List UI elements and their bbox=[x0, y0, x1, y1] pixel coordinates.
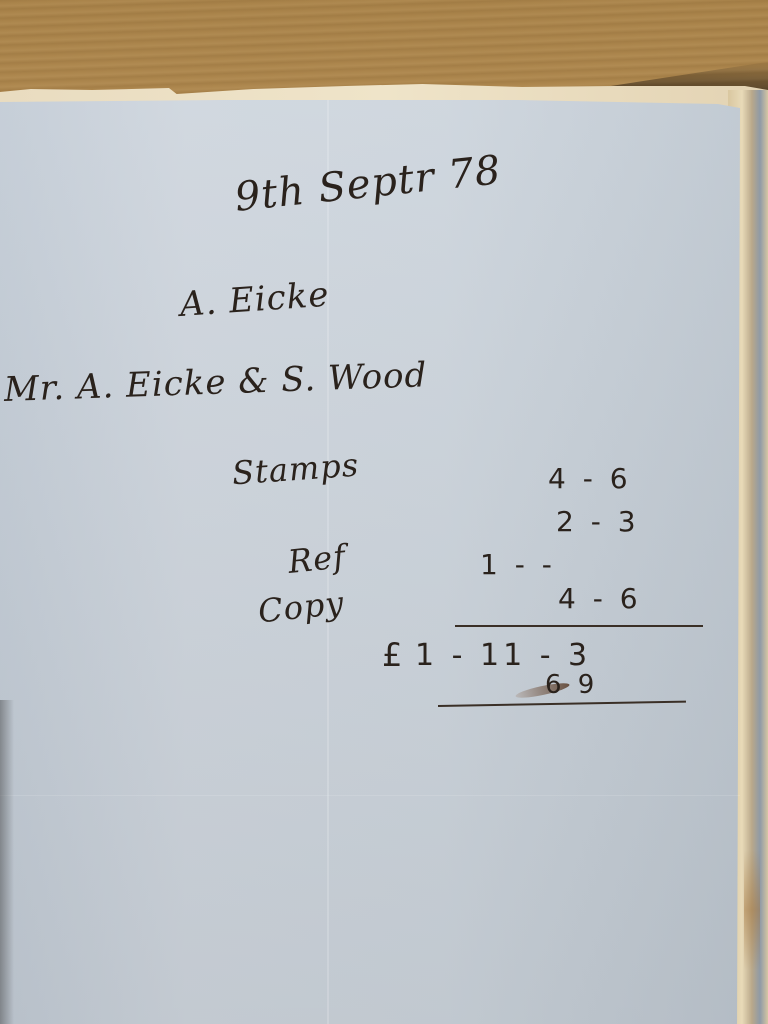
sum-rule bbox=[455, 625, 703, 627]
total-amount: 1 - 11 - 3 bbox=[415, 638, 591, 673]
fold-crease-horizontal bbox=[0, 795, 740, 796]
total-currency: £ bbox=[382, 636, 406, 674]
item-amount-2: 2 - 3 bbox=[556, 505, 640, 538]
stain bbox=[744, 850, 760, 970]
total-sub-note: 6 9 bbox=[545, 670, 598, 700]
item-amount-copy: 4 - 6 bbox=[558, 582, 642, 615]
paper-shadow bbox=[0, 700, 14, 1024]
photo-scene: 9th Septr 78 A. Eicke Mr. A. Eicke & S. … bbox=[0, 0, 768, 1024]
document-paper bbox=[0, 100, 740, 1024]
item-amount-stamps: 4 - 6 bbox=[548, 462, 632, 495]
item-amount-ref: 1 - - bbox=[480, 548, 556, 581]
item-label-ref: Ref bbox=[286, 537, 348, 581]
